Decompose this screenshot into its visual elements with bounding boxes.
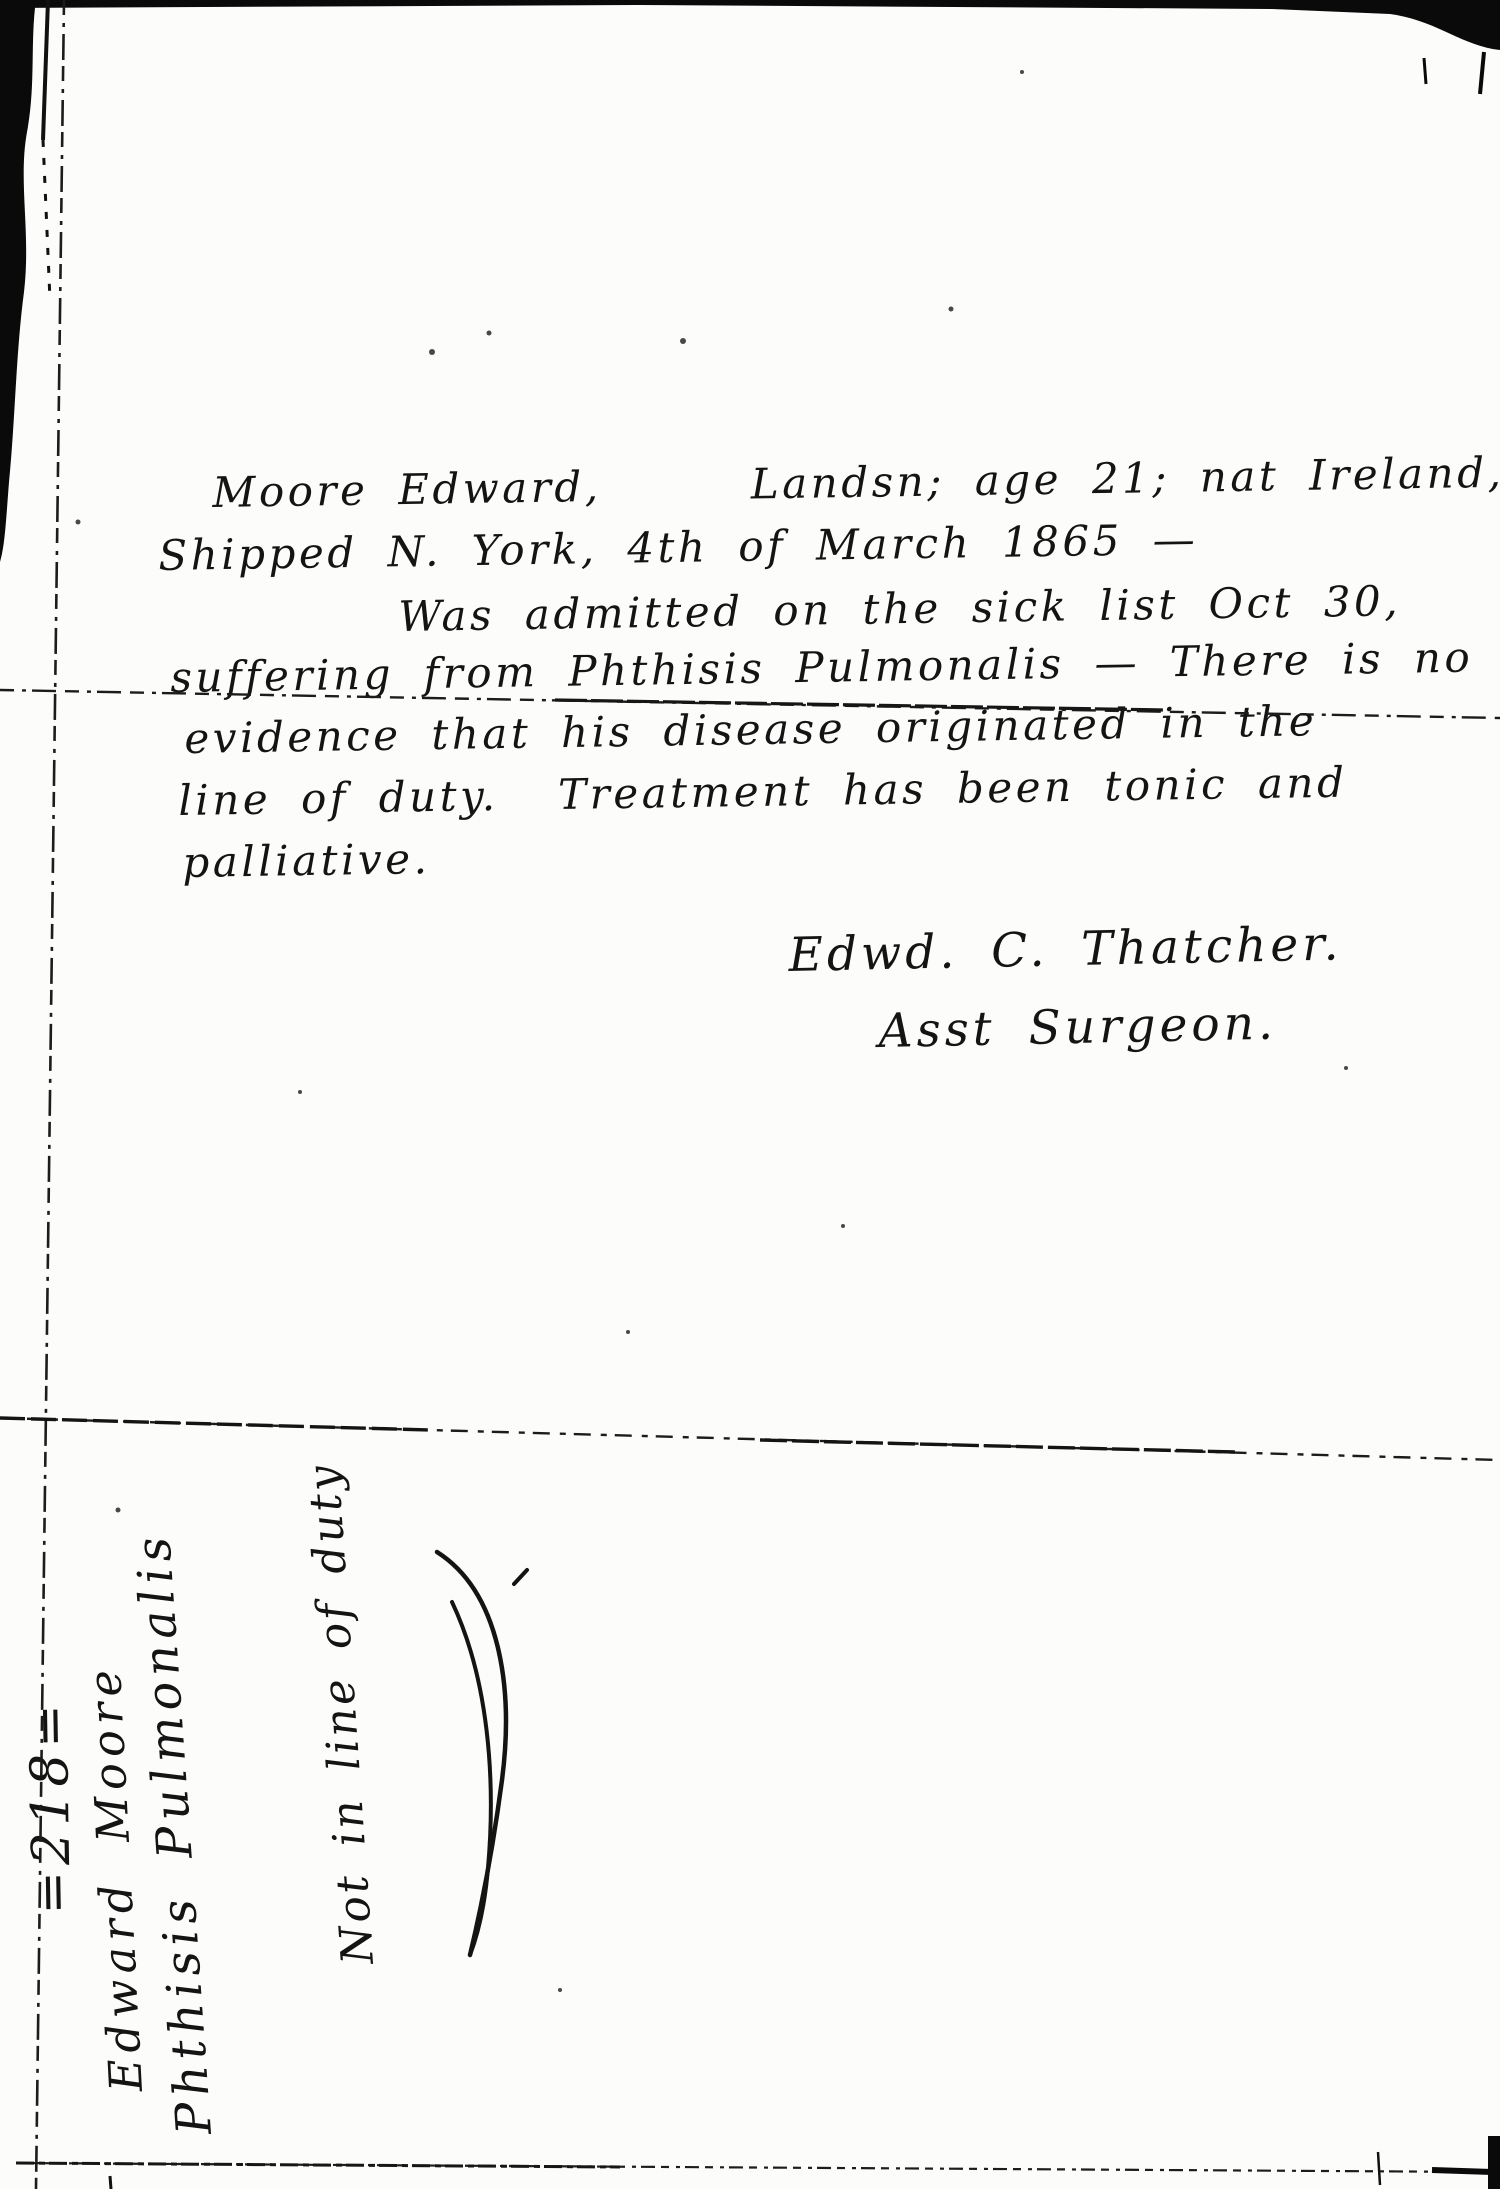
docket-finding: Not in line of duty <box>293 1461 390 1966</box>
scan-artifact-bottom-right-edge <box>1488 2136 1500 2189</box>
scan-artifact-left-edge <box>0 0 36 562</box>
underline-flourish <box>437 1552 527 1955</box>
fold-crease-2 <box>0 1418 1500 1460</box>
scan-artifact-bottom-tick-1 <box>110 2176 111 2189</box>
docket-case-number: =218= <box>16 1698 86 1916</box>
document-page: Moore Edward, Landsn; age 21; nat Irelan… <box>0 0 1500 2189</box>
entry-line-5: evidence that his disease originated in … <box>184 696 1318 764</box>
entry-line-4: suffering from Phthisis Pulmonalis — The… <box>170 633 1474 704</box>
signature-name: Edwd. C. Thatcher. <box>788 916 1343 983</box>
entry-line-2: Shipped N. York, 4th of March 1865 — <box>158 515 1199 582</box>
entry-line-7: palliative. <box>182 834 431 888</box>
scan-artifact-top-right-dot <box>1424 58 1426 84</box>
scan-artifacts-overlay <box>0 0 1500 2189</box>
fold-crease-2-dense-left <box>0 1418 430 1430</box>
scan-artifact-left-inner-dashes <box>43 140 50 300</box>
fold-crease-bottom <box>16 2163 1490 2172</box>
scan-artifact-top-right-tick <box>1480 52 1484 94</box>
scan-artifact-bottom-right-dash <box>1432 2170 1492 2172</box>
entry-line-1: Moore Edward, Landsn; age 21; nat Irelan… <box>212 448 1500 519</box>
scan-artifact-top-edge <box>0 0 1500 50</box>
fold-crease-2-dense-right <box>760 1440 1235 1452</box>
entry-line-6: line of duty. Treatment has been tonic a… <box>178 758 1348 827</box>
scan-artifact-bottom-tick-2 <box>1378 2152 1380 2185</box>
scan-artifact-left-inner-line <box>43 0 48 140</box>
signature-title: Asst Surgeon. <box>878 996 1277 1059</box>
scan-artifact-top-right-blob <box>1448 17 1476 35</box>
entry-line-3: Was admitted on the sick list Oct 30, <box>398 576 1401 642</box>
fold-crease-bottom-dense <box>16 2163 620 2167</box>
